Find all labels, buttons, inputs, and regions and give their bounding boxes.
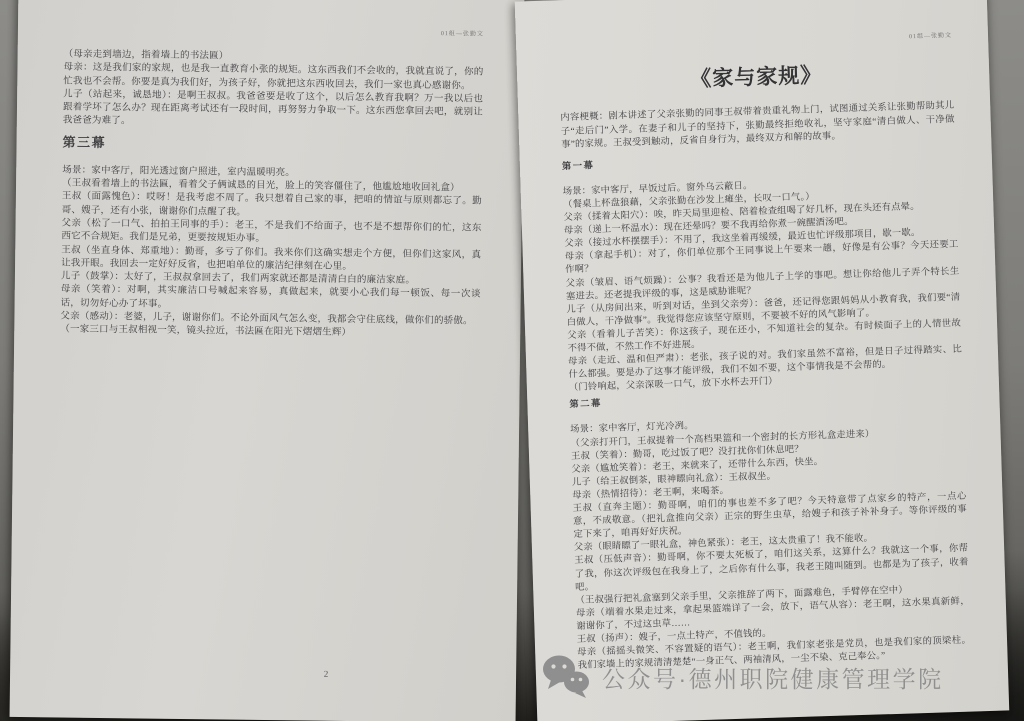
script-page-1: 01组—张勤文 《家与家规》 内容梗概：剧本讲述了父亲张勤的同事王叔带着贵重礼物… (515, 0, 1010, 721)
watermark-text: 公众号·德州职院健康管理学院 (602, 661, 944, 694)
script-synopsis: 内容梗概：剧本讲述了父亲张勤的同事王叔带着贵重礼物上门，试图通过关系让张勤帮助其… (560, 100, 955, 153)
script-page-2: 01组—张勤文 （母亲走到墙边，指着墙上的书法匾）母亲：这是我们家的家规，也是我… (10, 0, 525, 721)
script-line: 第一幕 (562, 149, 956, 174)
script-line: 第三幕 (62, 132, 482, 157)
page-header-left: 01组—张勤文 (64, 23, 484, 37)
page-right-body: 第一幕场景：家中客厅，早饭过后。窗外乌云蔽日。（餐桌上杯盘狼藉，父亲张勤在沙发上… (562, 149, 972, 674)
page-header-right: 01组—张勤文 (558, 30, 952, 51)
wechat-watermark: 公众号·德州职院健康管理学院 (542, 648, 994, 706)
page-number: 2 (324, 669, 329, 679)
script-title: 《家与家规》 (559, 55, 954, 97)
script-line: 儿子（站起来，诚恳地）：是啊王叔叔。我爸爸要是收了这个，以后怎么教育我啊？万一我… (63, 88, 483, 133)
page-left-body: （母亲走到墙边，指着墙上的书法匾）母亲：这是我们家的家规，也是我一直教育小张的规… (60, 48, 483, 342)
wechat-icon (542, 654, 590, 700)
